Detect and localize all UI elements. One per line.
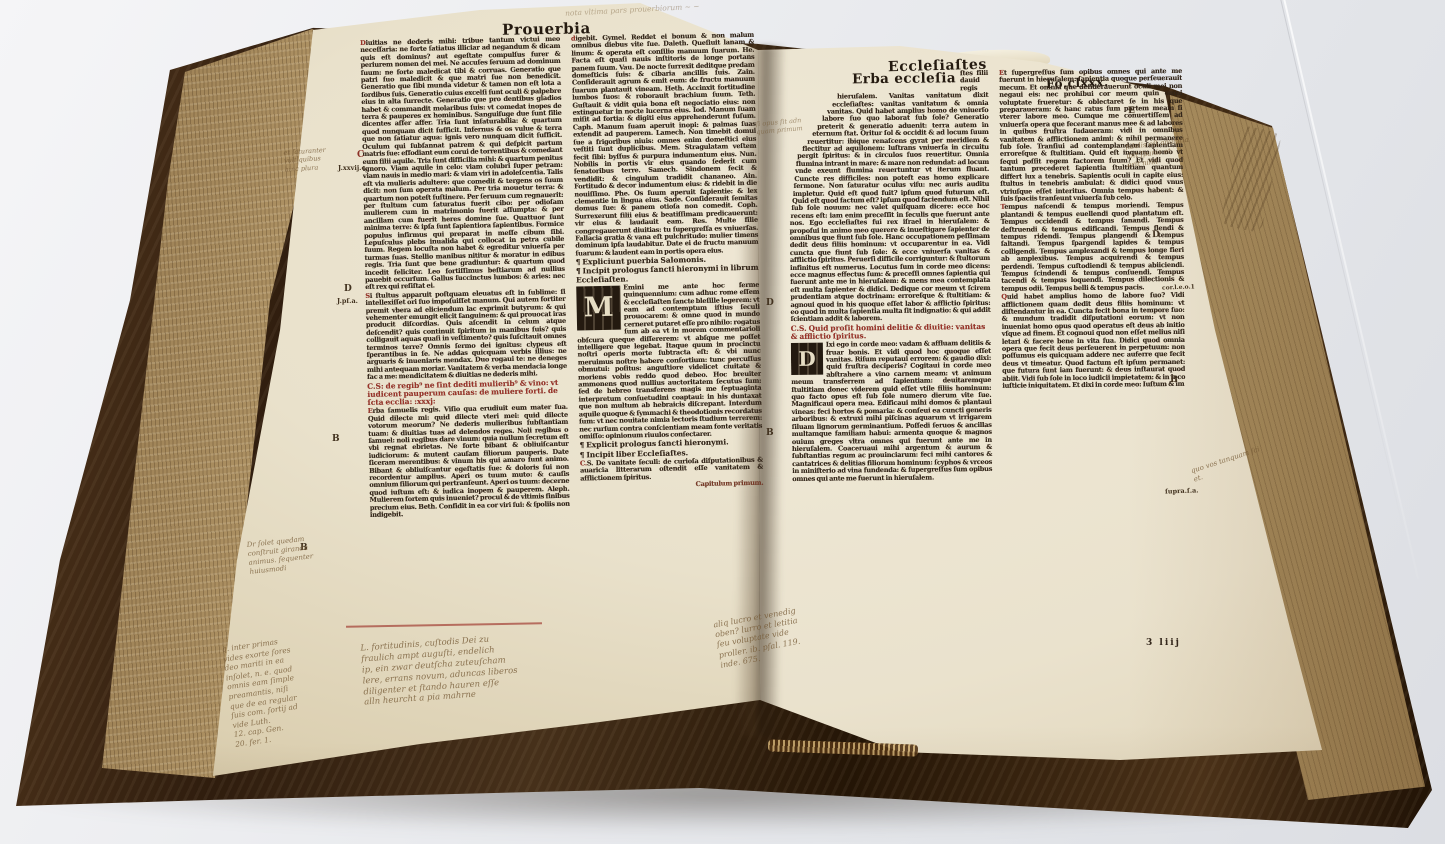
left-page-text-block: Diuitias ne dederis mihi: tribue tantum …: [360, 32, 766, 632]
decorated-initial-m: M: [576, 285, 621, 330]
body-text: Diuitias ne dederis mihi: tribue tantum …: [360, 36, 565, 292]
margin-mark: D: [1152, 230, 1160, 240]
quire-signature: 3 liij: [1146, 638, 1181, 648]
margin-mark: B: [766, 428, 774, 438]
margin-mark: D: [344, 284, 352, 294]
body-text: digebit. Gymel. Reddet ei bonum & non ma…: [571, 32, 759, 258]
left-column-1: Diuitias ne dederis mihi: tribue tantum …: [360, 36, 572, 632]
margin-mark: D: [766, 298, 774, 308]
photo-scene: Prouerbia Diuitias ne dederis mihi: trib…: [0, 0, 1445, 844]
margin-mark: E: [1128, 106, 1135, 116]
decorated-initial-d: D: [791, 343, 823, 375]
body-text: Quid habet amplius homo de labore ſuo? V…: [1001, 292, 1185, 390]
incipit-large-text: Erba eccleſia: [852, 70, 960, 87]
left-column-2: digebit. Gymel. Reddet ei bonum & non ma…: [571, 32, 766, 628]
margin-ref: J.pſ.a.: [337, 297, 358, 305]
margin-mark: B: [1170, 375, 1178, 385]
margin-mark: B: [332, 434, 340, 444]
handwritten-note-lower-left-margin: q. inter primas vides exorte ſores deo m…: [221, 628, 355, 749]
right-column-1: Erba eccleſia ſtes filii dauid regis hie…: [788, 70, 994, 657]
margin-ref: cor.l.e.o.1: [1162, 283, 1195, 291]
body-text: Et ſupergreſſus ſum opibus omnes qui ant…: [999, 68, 1183, 203]
body-text: Si ſtultus apparuit poſtquam eleuatus eſ…: [365, 289, 567, 382]
margin-ref: ſupra.ſ.a.: [1165, 486, 1199, 495]
body-text: Erba ſamuelis regis. Viſio qua erudiuit …: [368, 404, 570, 519]
tempus-list: Tempus naſcendi & tempus moriendi. Tempu…: [1000, 202, 1184, 293]
